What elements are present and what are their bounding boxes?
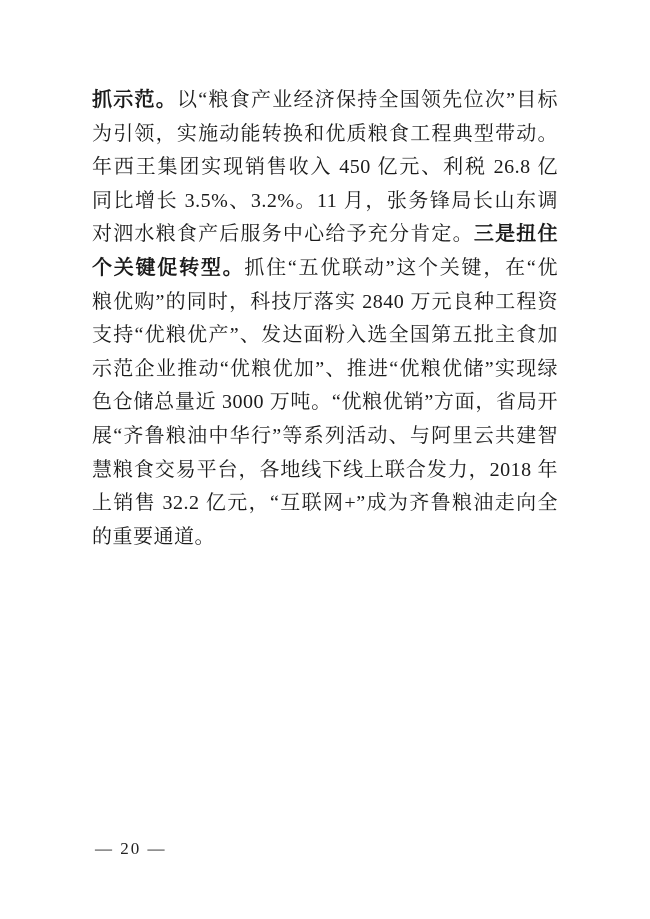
- text-run: 抓住“五优联动”这个关键，在“优: [244, 257, 558, 279]
- text-run: 粮优购”的同时，科技厅落实 2840 万元良种工程资金: [92, 291, 558, 320]
- text-run: 同比增长 3.5%、3.2%。11 月，张务锋局长山东调研，: [92, 190, 558, 219]
- bold-text-run: 个关键促转型。: [92, 257, 244, 279]
- text-line: 支持“优粮优产”、发达面粉入选全国第五批主食加工: [92, 319, 558, 353]
- text-run: 的重要通道。: [92, 526, 215, 548]
- text-line: 年西王集团实现销售收入 450 亿元、利税 26.8 亿元，: [92, 151, 558, 185]
- text-run: 对泗水粮食产后服务中心给予充分肯定。: [92, 223, 474, 245]
- paragraph: 抓示范。以“粮食产业经济保持全国领先位次”目标为引领，实施动能转换和优质粮食工程…: [92, 84, 558, 554]
- bold-text-run: 抓示范。: [92, 89, 177, 111]
- text-run: 展“齐鲁粮油中华行”等系列活动、与阿里云共建智: [92, 425, 558, 447]
- text-line: 色仓储总量近 3000 万吨。“优粮优销”方面，省局开: [92, 386, 558, 420]
- text-run: 支持“优粮优产”、发达面粉入选全国第五批主食加工: [92, 324, 558, 353]
- text-line: 抓示范。以“粮食产业经济保持全国领先位次”目标: [92, 84, 558, 118]
- text-run: 为引领，实施动能转换和优质粮食工程典型带动。2018: [92, 123, 558, 152]
- text-line: 示范企业推动“优粮优加”、推进“优粮优储”实现绿: [92, 353, 558, 387]
- text-line: 的重要通道。: [92, 521, 558, 555]
- text-run: 上销售 32.2 亿元，“互联网+”成为齐鲁粮油走向全国: [92, 492, 558, 521]
- document-page: 抓示范。以“粮食产业经济保持全国领先位次”目标为引领，实施动能转换和优质粮食工程…: [0, 0, 650, 919]
- text-run: 以“粮食产业经济保持全国领先位次”目标: [177, 89, 558, 111]
- text-run: 年西王集团实现销售收入 450 亿元、利税 26.8 亿元，: [92, 156, 558, 185]
- text-line: 粮优购”的同时，科技厅落实 2840 万元良种工程资金: [92, 286, 558, 320]
- text-line: 对泗水粮食产后服务中心给予充分肯定。三是扭住一: [92, 218, 558, 252]
- text-line: 为引领，实施动能转换和优质粮食工程典型带动。2018: [92, 118, 558, 152]
- text-run: 色仓储总量近 3000 万吨。“优粮优销”方面，省局开: [92, 391, 558, 413]
- text-line: 慧粮食交易平台，各地线下线上联合发力，2018 年线: [92, 454, 558, 488]
- page-number: — 20 —: [95, 838, 167, 860]
- text-line: 个关键促转型。抓住“五优联动”这个关键，在“优: [92, 252, 558, 286]
- text-run: 慧粮食交易平台，各地线下线上联合发力，2018 年线: [92, 459, 558, 488]
- text-line: 展“齐鲁粮油中华行”等系列活动、与阿里云共建智: [92, 420, 558, 454]
- text-line: 同比增长 3.5%、3.2%。11 月，张务锋局长山东调研，: [92, 185, 558, 219]
- text-run: 示范企业推动“优粮优加”、推进“优粮优储”实现绿: [92, 358, 558, 380]
- text-line: 上销售 32.2 亿元，“互联网+”成为齐鲁粮油走向全国: [92, 487, 558, 521]
